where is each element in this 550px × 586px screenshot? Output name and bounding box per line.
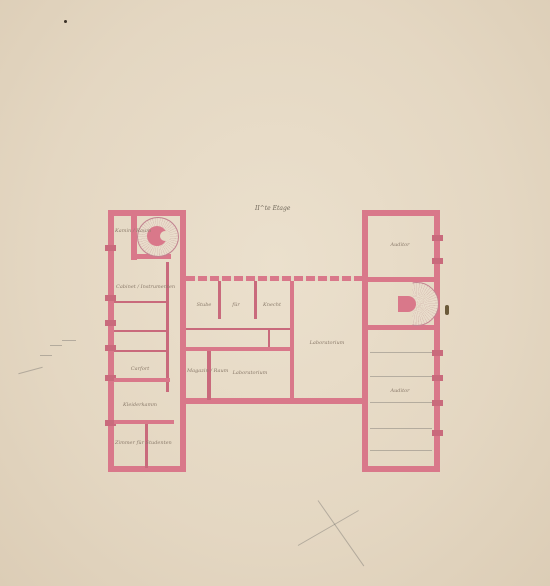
- room-label: für: [226, 302, 246, 308]
- room-label: Stube: [190, 302, 218, 308]
- room-label: Auditor: [380, 242, 420, 248]
- stain: [445, 305, 449, 315]
- room-label: Knecht: [258, 302, 286, 308]
- room-label: Magazin / Raum: [187, 368, 209, 374]
- room-label: Kamin / Raum: [115, 228, 133, 234]
- floor-title: II^te Etage: [255, 205, 290, 212]
- ink-spot: [64, 20, 67, 23]
- room-label: Kleiderkamm: [118, 402, 162, 408]
- room-label: Carfort: [120, 366, 160, 372]
- room-label: Laboratorium: [305, 340, 349, 346]
- room-label: Auditor: [380, 388, 420, 394]
- room-label: Zimmer für Studenten: [115, 440, 145, 446]
- paper-background: [0, 0, 550, 586]
- room-label: Laboratorium: [230, 370, 270, 376]
- room-label: Cabinet / Instrumenten: [116, 284, 164, 290]
